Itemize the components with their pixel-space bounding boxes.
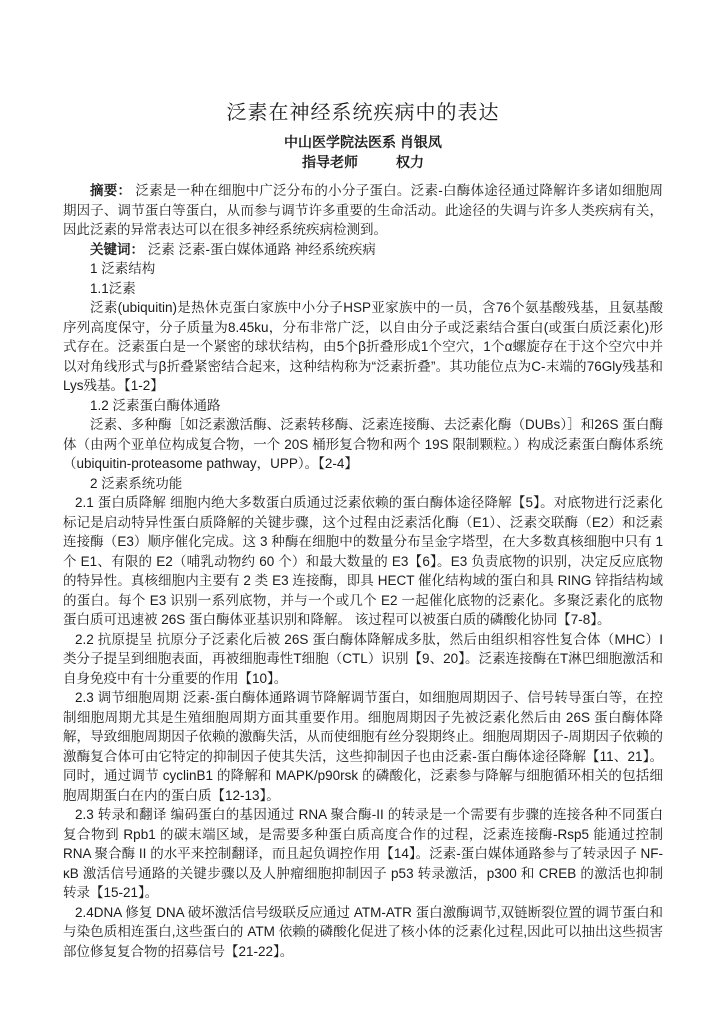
keywords-paragraph: 关键词： 泛素 泛素-蛋白媒体通路 神经系统疾病: [63, 240, 663, 260]
paragraph-2-4-dna-repair: 2.4DNA 修复 DNA 破坏激活信号级联反应通过 ATM-ATR 蛋白激酶调…: [63, 903, 663, 962]
page-title: 泛素在神经系统疾病中的表达: [63, 100, 663, 126]
abstract-paragraph: 摘要： 泛素是一种在细胞中广泛分布的小分子蛋白。泛素-白酶体途径通过降解许多诸如…: [63, 181, 663, 240]
paragraph-2-3-transcription-translation: 2.3 转录和翻译 编码蛋白的基因通过 RNA 聚合酶-II 的转录是一个需要有…: [63, 805, 663, 903]
paragraph-ubiquitin-structure: 泛素(ubiquitin)是热休克蛋白家族中小分子HSP亚家族中的一员，含76个…: [63, 298, 663, 396]
keywords-text: 泛素 泛素-蛋白媒体通路 神经系统疾病: [148, 242, 376, 257]
section-heading-2: 2 泛素系统功能: [63, 474, 663, 494]
paragraph-2-2-antigen-presentation: 2.2 抗原提呈 抗原分子泛素化后被 26S 蛋白酶体降解成多肽，然后由组织相容…: [63, 630, 663, 689]
author-line: 中山医学院法医系 肖银凤: [63, 133, 663, 152]
paragraph-2-3-cell-cycle: 2.3 调节细胞周期 泛素-蛋白酶体通路调节降解调节蛋白，如细胞周期因子、信号转…: [63, 688, 663, 805]
section-heading-1-2: 1.2 泛素蛋白酶体通路: [63, 396, 663, 416]
supervisor-label: 指导老师: [302, 154, 358, 170]
supervisor-name: 权力: [396, 154, 424, 170]
document-page: 泛素在神经系统疾病中的表达 中山医学院法医系 肖银凤 指导老师权力 摘要： 泛素…: [0, 0, 724, 1024]
supervisor-line: 指导老师权力: [63, 153, 663, 172]
paragraph-2-1-protein-degradation: 2.1 蛋白质降解 细胞内绝大多数蛋白质通过泛素依赖的蛋白酶体途径降解【5】。对…: [63, 493, 663, 630]
document-body: 摘要： 泛素是一种在细胞中广泛分布的小分子蛋白。泛素-白酶体途径通过降解许多诸如…: [63, 181, 663, 961]
abstract-text: 泛素是一种在细胞中广泛分布的小分子蛋白。泛素-白酶体途径通过降解许多诸如细胞周期…: [63, 183, 663, 237]
paragraph-upp-pathway: 泛素、多种酶［如泛素激活酶、泛素转移酶、泛素连接酶、去泛素化酶（DUBs）］和2…: [63, 415, 663, 474]
section-heading-1: 1 泛素结构: [63, 259, 663, 279]
abstract-label: 摘要：: [90, 183, 131, 198]
keywords-label: 关键词：: [90, 242, 144, 257]
section-heading-1-1: 1.1泛素: [63, 279, 663, 299]
